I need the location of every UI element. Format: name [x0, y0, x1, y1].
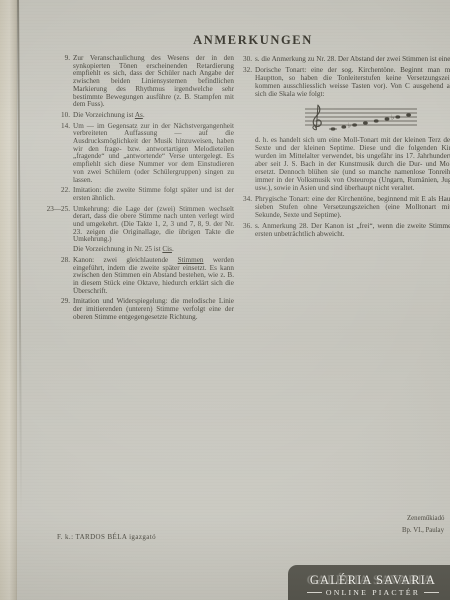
notehead	[385, 117, 390, 120]
note-number: 29.	[46, 298, 70, 306]
book-photo: { "page": { "title": "ANMERKUNGEN", "lef…	[0, 0, 450, 600]
page-edge-line	[17, 0, 22, 514]
note-item: 30. s. die Anmerkung zu Nr. 28. Der Abst…	[240, 55, 450, 63]
note-text: Imitation und Widerspiegelung: die melod…	[73, 297, 234, 320]
note-text: Imitation: die zweite Stimme folgt späte…	[73, 186, 234, 202]
flat-icon: ♭	[391, 113, 394, 121]
book-page: ANMERKUNGEN 9. Zur Veranschaulichung des…	[0, 0, 450, 600]
note-number: 30.	[228, 55, 252, 63]
note-item: 9. Zur Veranschaulichung des Wesens der …	[58, 55, 234, 109]
note-text: Kanon: zwei gleichlautende Stimmen werde…	[73, 256, 234, 295]
note-item: 34. Phrygische Tonart: eine der Kirchent…	[240, 195, 450, 219]
note-continuation: Die Vorzeichnung in Nr. 25 ist Cis.	[73, 246, 234, 254]
scale-notes: ♭♭	[329, 113, 411, 130]
note-text: Um — im Gegensatz zur in der Nächstverga…	[73, 122, 234, 184]
note-text: Dorische Tonart: eine der sog. Kirchentö…	[255, 66, 450, 98]
notehead	[352, 123, 357, 126]
note-text: s. die Anmerkung zu Nr. 28. Der Abstand …	[255, 55, 450, 63]
notehead	[363, 121, 368, 124]
underlined-term: As	[135, 111, 143, 119]
note-item: 32. Dorische Tonart: eine der sog. Kirch…	[240, 66, 450, 192]
note-item: 23—25. Umkehrung: die Lage der (zwei) St…	[58, 206, 234, 254]
note-number: 22.	[46, 187, 70, 195]
note-number: 36.	[228, 222, 252, 230]
note-number: 32.	[228, 66, 252, 74]
imprint-publisher: Zeneműkiadó	[407, 515, 444, 522]
note-text: s. Anmerkung 28. Der Kanon ist „frei“, w…	[255, 222, 450, 238]
note-number: 14.	[46, 123, 70, 131]
note-number: 9.	[46, 55, 70, 63]
flat-icon: ♭	[348, 121, 351, 129]
page-edge	[0, 0, 17, 600]
left-column: 9. Zur Veranschaulichung des Wesens der …	[58, 55, 234, 325]
note-item: 22. Imitation: die zweite Stimme folgt s…	[58, 187, 234, 202]
page-title: ANMERKUNGEN	[58, 33, 448, 48]
note-item: 14. Um — im Gegensatz zur in der Nächstv…	[58, 123, 234, 185]
music-staff: ♭♭	[299, 102, 450, 132]
note-text: Die Vorzeichnung ist As.	[73, 111, 145, 119]
notehead	[331, 127, 336, 130]
right-column: 30. s. die Anmerkung zu Nr. 28. Der Abst…	[240, 55, 450, 241]
watermark-subtitle: ONLINE PIACTÉR	[307, 588, 439, 597]
note-item: 10. Die Vorzeichnung ist As.	[58, 112, 234, 120]
note-text: Zur Veranschaulichung des Wesens der in …	[73, 54, 234, 108]
underlined-term: Cis	[162, 245, 172, 253]
notehead	[341, 125, 346, 128]
notehead	[395, 115, 400, 118]
note-number: 28.	[46, 257, 70, 265]
note-item: 28. Kanon: zwei gleichlautende Stimmen w…	[58, 257, 234, 296]
watermark-title: GALÉRIA SAVARIA	[310, 574, 436, 587]
note-item: 29. Imitation und Widerspiegelung: die m…	[58, 298, 234, 321]
notehead	[374, 119, 379, 122]
note-text: Phrygische Tonart: eine der Kirchentöne,…	[255, 195, 450, 219]
note-item: 36. s. Anmerkung 28. Der Kanon ist „frei…	[240, 222, 450, 238]
watermark-rule-right	[424, 592, 439, 593]
note-number: 23—25.	[46, 206, 70, 214]
watermark-rule-left	[307, 592, 322, 593]
staff-lines	[305, 109, 417, 125]
note-number: 10.	[46, 112, 70, 120]
imprint-left: F. k.: TARDOS BÉLA igazgató	[57, 533, 156, 541]
note-continuation: d. h. es handelt sich um eine Moll-Tonar…	[255, 136, 450, 192]
note-number: 34.	[228, 195, 252, 203]
note-text: Umkehrung: die Lage der (zwei) Stimmen w…	[73, 205, 234, 244]
notehead	[406, 113, 411, 116]
watermark-badge: GALÉRIA SAVARIA ONLINE PIACTÉR	[288, 565, 450, 600]
imprint-address: Bp. VI., Paulay	[402, 527, 444, 534]
